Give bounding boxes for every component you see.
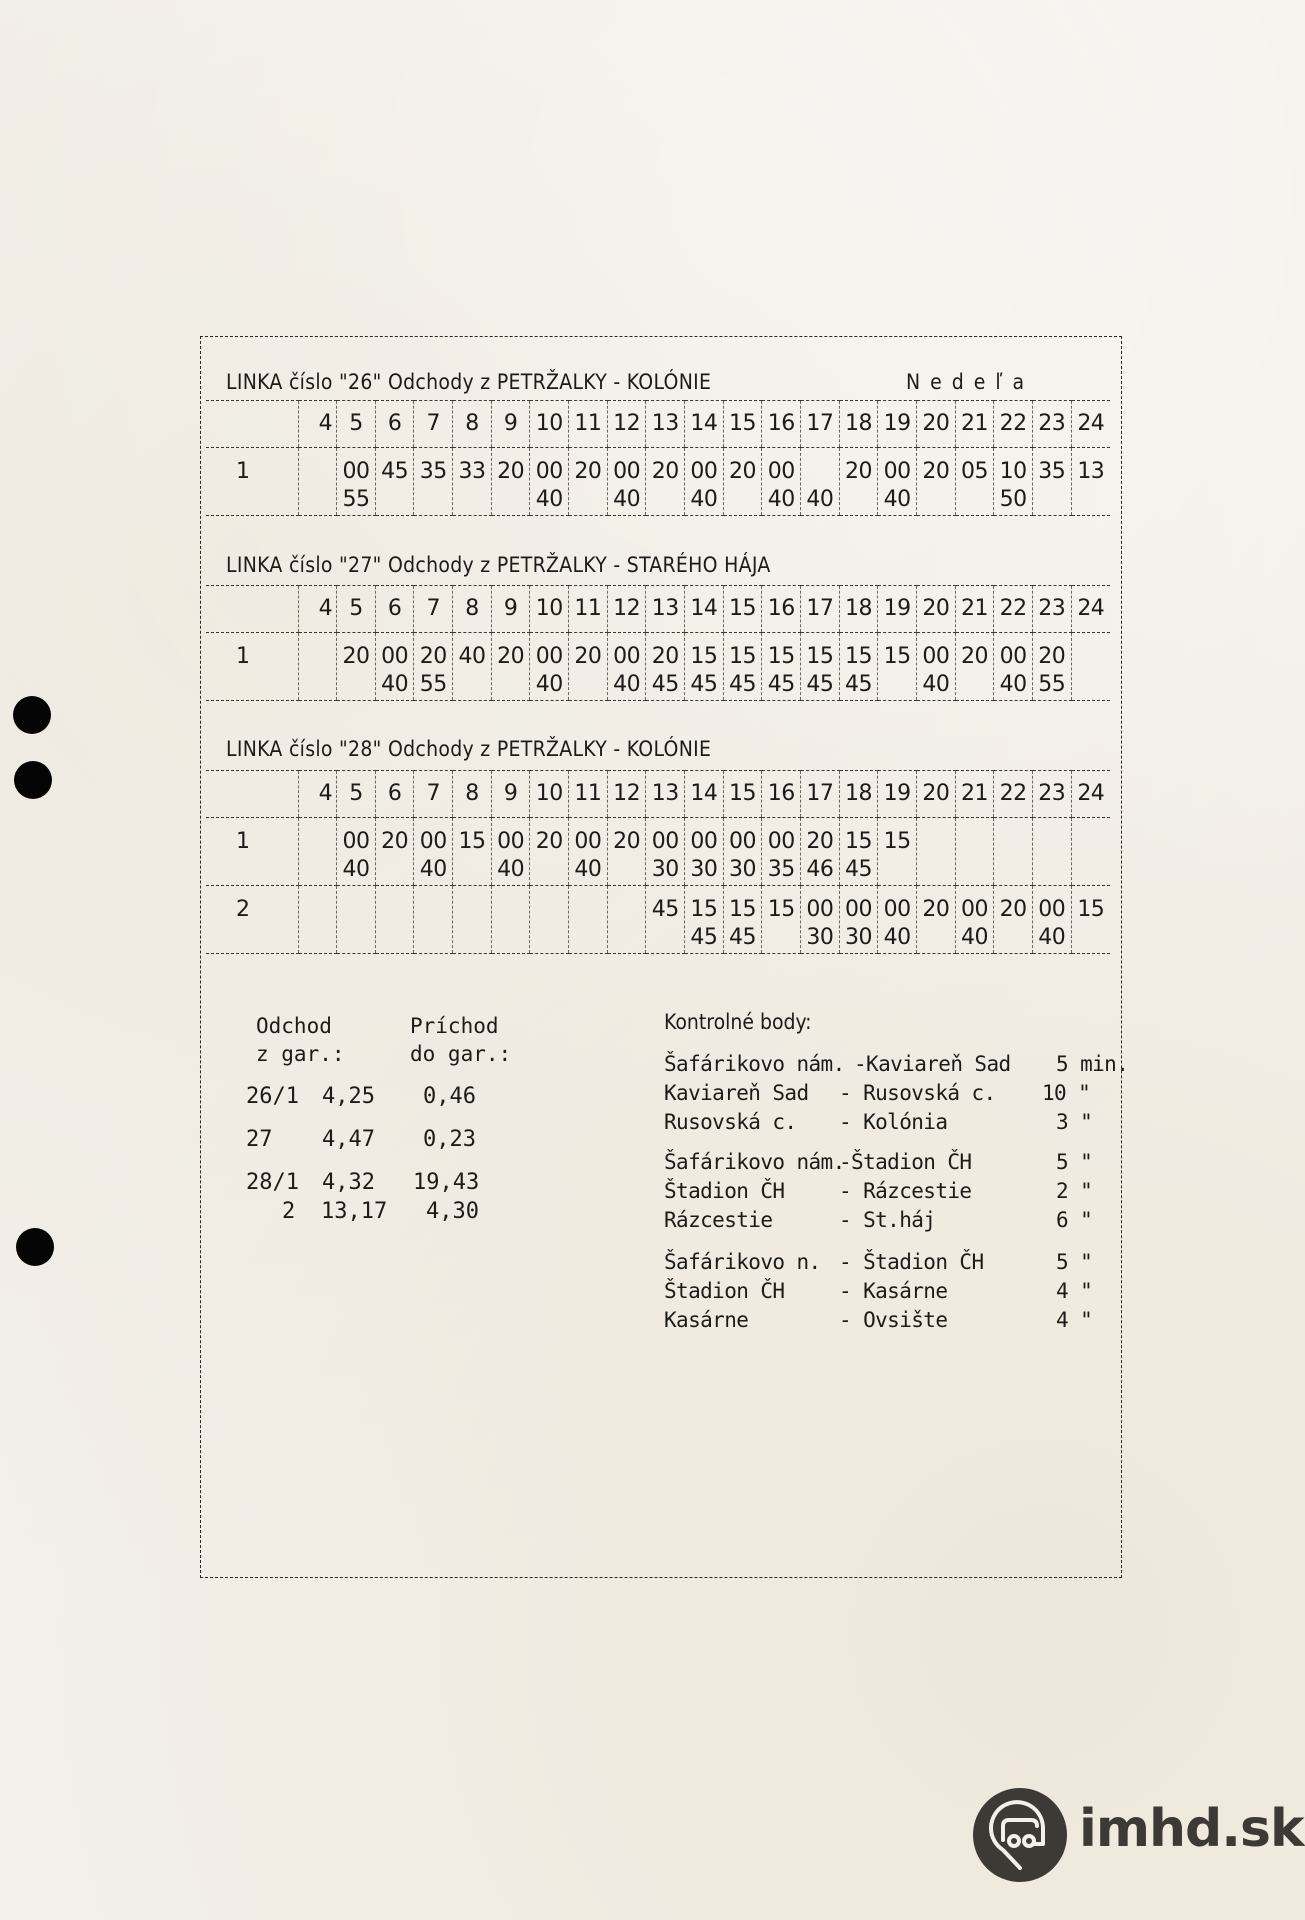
minutes-cell: 15: [878, 818, 917, 886]
depart-header: Odchod z gar.:: [256, 1012, 345, 1068]
minute-value: 20: [530, 828, 568, 856]
minute-value: 20: [646, 458, 684, 486]
hour-cell: 16: [762, 401, 801, 448]
arrive-header: Príchod do gar.:: [410, 1012, 511, 1068]
minutes-cell: 1545: [723, 633, 762, 701]
hour-cell: 18: [839, 401, 878, 448]
minutes-cell: 13: [1071, 448, 1110, 516]
minutes-cell: 0030: [723, 818, 762, 886]
minute-value: 45: [724, 924, 762, 952]
minutes-cell: 15: [878, 633, 917, 701]
minute-value: 20: [492, 643, 530, 671]
minutes-cell: [414, 886, 453, 954]
hour-header-row: 456789101112131415161718192021222324: [206, 401, 1110, 448]
hour-cell: 9: [491, 401, 530, 448]
imhd-logo: imhd.sk: [973, 1785, 1273, 1885]
minutes-cell: 20: [491, 633, 530, 701]
minute-value: 30: [646, 856, 684, 884]
minutes-cell: 0040: [337, 818, 376, 886]
minute-value: 00: [917, 643, 955, 671]
minutes-cell: [569, 886, 608, 954]
minute-value: 20: [840, 458, 878, 486]
garage-arrive: 0,46: [423, 1084, 476, 1109]
minutes-cell: 0040: [878, 448, 917, 516]
hour-cell: 16: [762, 586, 801, 633]
minutes-cell: [453, 886, 492, 954]
minutes-cell: 15: [762, 886, 801, 954]
minute-value: 00: [414, 828, 452, 856]
minute-value: 20: [956, 643, 994, 671]
minute-value: 45: [685, 671, 723, 699]
control-point-time: 5 ": [1056, 1250, 1092, 1274]
control-point-time: 2 ": [1056, 1179, 1092, 1203]
punch-hole: [16, 1228, 54, 1266]
minute-value: 00: [1033, 896, 1071, 924]
control-point-time: 4 ": [1056, 1308, 1092, 1332]
hour-cell: 17: [801, 771, 840, 818]
minutes-cell: [298, 633, 337, 701]
minute-value: 20: [569, 643, 607, 671]
minutes-cell: 0040: [762, 448, 801, 516]
hour-cell: 15: [723, 586, 762, 633]
minute-value: 00: [878, 458, 916, 486]
document-frame: [200, 336, 1122, 1578]
hour-cell: 23: [1032, 771, 1071, 818]
minute-value: 20: [994, 896, 1032, 924]
minute-value: 40: [608, 671, 646, 699]
minute-value: 45: [762, 671, 800, 699]
minute-value: 00: [956, 896, 994, 924]
minute-value: 45: [801, 671, 839, 699]
control-point-to: - Rázcestie: [839, 1179, 971, 1203]
minute-value: 30: [724, 856, 762, 884]
hour-cell: 23: [1032, 586, 1071, 633]
minutes-cell: 0040: [878, 886, 917, 954]
vehicle-number: 1: [206, 818, 298, 886]
control-point-from: Kasárne: [664, 1308, 748, 1332]
hour-cell: 16: [762, 771, 801, 818]
minutes-cell: [917, 818, 956, 886]
bus-pin-icon: [973, 1788, 1067, 1882]
hour-cell: 8: [453, 401, 492, 448]
minutes-cell: [1032, 818, 1071, 886]
minute-value: 10: [994, 458, 1032, 486]
minute-value: 40: [530, 486, 568, 514]
minute-value: 35: [414, 458, 452, 486]
minute-value: 40: [337, 856, 375, 884]
minutes-cell: 2046: [801, 818, 840, 886]
minute-value: 40: [878, 486, 916, 514]
minute-value: 05: [956, 458, 994, 486]
control-point-from: Šafárikovo nám.: [664, 1150, 845, 1174]
minute-value: 00: [569, 828, 607, 856]
minute-value: 20: [917, 896, 955, 924]
hour-cell: 19: [878, 401, 917, 448]
minute-value: 40: [608, 486, 646, 514]
timetable-26-title: LINKA číslo "26" Odchody z PETRŽALKY - K…: [226, 370, 711, 394]
hour-header-row: 456789101112131415161718192021222324: [206, 586, 1110, 633]
minute-value: 13: [1072, 458, 1110, 486]
control-point-to: - Štadion ČH: [839, 1250, 984, 1274]
minutes-cell: 0040: [955, 886, 994, 954]
hour-cell: 5: [337, 586, 376, 633]
minute-value: 00: [685, 828, 723, 856]
minutes-cell: 1545: [685, 633, 724, 701]
hour-cell: 12: [607, 771, 646, 818]
hour-cell: 21: [955, 401, 994, 448]
minute-value: 20: [646, 643, 684, 671]
corner-cell: [206, 586, 298, 633]
minute-value: 30: [840, 924, 878, 952]
minute-value: 46: [801, 856, 839, 884]
control-point-to: - Ovsište: [839, 1308, 947, 1332]
minutes-cell: 0040: [569, 818, 608, 886]
minutes-cell: [607, 886, 646, 954]
minutes-cell: [1071, 633, 1110, 701]
control-point-from: Štadion ČH: [664, 1279, 784, 1303]
minutes-cell: [298, 886, 337, 954]
hour-cell: 13: [646, 401, 685, 448]
minute-value: 15: [801, 643, 839, 671]
minute-value: 20: [337, 643, 375, 671]
minute-value: 15: [685, 896, 723, 924]
minutes-cell: 20: [569, 633, 608, 701]
hour-cell: 22: [994, 401, 1033, 448]
minutes-cell: 20: [607, 818, 646, 886]
timetable-27: 4567891011121314151617181920212223241200…: [206, 585, 1110, 701]
hour-cell: 19: [878, 586, 917, 633]
minute-value: 20: [801, 828, 839, 856]
hour-cell: 12: [607, 401, 646, 448]
minute-value: 40: [878, 924, 916, 952]
minute-value: 00: [762, 828, 800, 856]
minutes-cell: 0030: [801, 886, 840, 954]
minute-value: 15: [762, 896, 800, 924]
minutes-cell: 20: [569, 448, 608, 516]
hour-cell: 14: [685, 586, 724, 633]
minutes-cell: 20: [530, 818, 569, 886]
minutes-cell: 20: [646, 448, 685, 516]
minutes-cell: 0040: [491, 818, 530, 886]
minutes-cell: 1545: [723, 886, 762, 954]
punch-hole: [14, 761, 52, 799]
hour-cell: 4: [298, 771, 337, 818]
hour-cell: 5: [337, 771, 376, 818]
hour-cell: 9: [491, 586, 530, 633]
minute-value: 15: [878, 643, 916, 671]
hour-cell: 14: [685, 771, 724, 818]
control-point-time: 3 ": [1056, 1110, 1092, 1134]
control-point-time: 4 ": [1056, 1279, 1092, 1303]
minutes-cell: 35: [1032, 448, 1071, 516]
minutes-cell: 40: [801, 448, 840, 516]
minutes-cell: 0030: [685, 818, 724, 886]
imhd-logo-icon: [973, 1788, 1067, 1882]
minutes-cell: 1545: [801, 633, 840, 701]
minutes-cell: 20: [955, 633, 994, 701]
hour-cell: 6: [375, 771, 414, 818]
control-point-from: Šafárikovo n.: [664, 1250, 821, 1274]
arrive-header-line1: Príchod: [410, 1012, 511, 1040]
imhd-logo-text: imhd.sk: [1079, 1799, 1304, 1859]
minutes-cell: [298, 448, 337, 516]
minute-value: 20: [917, 458, 955, 486]
minutes-cell: 20: [839, 448, 878, 516]
garage-arrive: 19,43: [413, 1170, 479, 1195]
hour-cell: 20: [917, 586, 956, 633]
minute-value: 15: [453, 828, 491, 856]
minutes-cell: 0040: [1032, 886, 1071, 954]
corner-cell: [206, 401, 298, 448]
minutes-cell: [1071, 818, 1110, 886]
minute-value: 00: [801, 896, 839, 924]
minute-value: 40: [685, 486, 723, 514]
control-point-from: Rázcestie: [664, 1208, 772, 1232]
minutes-cell: 45: [646, 886, 685, 954]
hour-cell: 23: [1032, 401, 1071, 448]
hour-cell: 17: [801, 401, 840, 448]
punch-hole: [13, 696, 51, 734]
minutes-cell: 0040: [685, 448, 724, 516]
hour-cell: 24: [1071, 586, 1110, 633]
minute-value: 20: [492, 458, 530, 486]
vehicle-row: 245154515451500300030004020004020004015: [206, 886, 1110, 954]
minute-value: 40: [530, 671, 568, 699]
minute-value: 40: [956, 924, 994, 952]
hour-header-row: 456789101112131415161718192021222324: [206, 771, 1110, 818]
control-point-from: Štadion ČH: [664, 1179, 784, 1203]
minute-value: 00: [840, 896, 878, 924]
minute-value: 20: [569, 458, 607, 486]
minutes-cell: 1545: [685, 886, 724, 954]
minutes-cell: [994, 818, 1033, 886]
minutes-cell: 0040: [375, 633, 414, 701]
minutes-cell: [337, 886, 376, 954]
arrive-header-line2: do gar.:: [410, 1040, 511, 1068]
minute-value: 35: [762, 856, 800, 884]
hour-cell: 18: [839, 771, 878, 818]
minute-value: 00: [530, 643, 568, 671]
minute-value: 00: [608, 458, 646, 486]
minute-value: 20: [608, 828, 646, 856]
minutes-cell: 20: [375, 818, 414, 886]
minute-value: 00: [376, 643, 414, 671]
hour-cell: 15: [723, 771, 762, 818]
minutes-cell: 0040: [607, 448, 646, 516]
control-point-from: Šafárikovo nám.: [664, 1052, 845, 1076]
timetable-title-text: LINKA číslo "26" Odchody z PETRŽALKY - K…: [226, 370, 711, 394]
minutes-cell: 40: [453, 633, 492, 701]
control-point-to: - Kolónia: [839, 1110, 947, 1134]
minutes-cell: 15: [1071, 886, 1110, 954]
minute-value: 30: [685, 856, 723, 884]
timetable-title-text: LINKA číslo "28" Odchody z PETRŽALKY - K…: [226, 737, 711, 761]
minutes-cell: 1545: [839, 818, 878, 886]
hour-cell: 5: [337, 401, 376, 448]
garage-depart: 4,25: [322, 1084, 375, 1109]
control-points-title: Kontrolné body:: [664, 1010, 812, 1034]
minute-value: 00: [530, 458, 568, 486]
minute-value: 00: [878, 896, 916, 924]
minutes-cell: 45: [375, 448, 414, 516]
minute-value: 15: [1072, 896, 1110, 924]
minutes-cell: 20: [994, 886, 1033, 954]
minutes-cell: 35: [414, 448, 453, 516]
hour-cell: 7: [414, 401, 453, 448]
minute-value: 40: [917, 671, 955, 699]
minute-value: 40: [994, 671, 1032, 699]
minutes-cell: 20: [917, 448, 956, 516]
minute-value: 15: [685, 643, 723, 671]
minute-value: 00: [492, 828, 530, 856]
minute-value: [801, 458, 839, 486]
control-point-to: - St.háj: [839, 1208, 935, 1232]
hour-cell: 8: [453, 771, 492, 818]
hour-cell: 21: [955, 771, 994, 818]
hour-cell: 11: [569, 586, 608, 633]
hour-cell: 8: [453, 586, 492, 633]
minute-value: 00: [994, 643, 1032, 671]
minute-value: 45: [840, 856, 878, 884]
minute-value: 45: [685, 924, 723, 952]
minute-value: 45: [646, 671, 684, 699]
hour-cell: 24: [1071, 771, 1110, 818]
minute-value: 00: [685, 458, 723, 486]
hour-cell: 24: [1071, 401, 1110, 448]
minutes-cell: [530, 886, 569, 954]
timetable-title-text: LINKA číslo "27" Odchody z PETRŽALKY - S…: [226, 553, 771, 577]
hour-cell: 10: [530, 586, 569, 633]
hour-cell: 9: [491, 771, 530, 818]
hour-cell: 4: [298, 401, 337, 448]
vehicle-row: 1200040205540200040200040204515451545154…: [206, 633, 1110, 701]
minute-value: 20: [1033, 643, 1071, 671]
hour-cell: 13: [646, 586, 685, 633]
vehicle-number: 1: [206, 633, 298, 701]
hour-cell: 6: [375, 586, 414, 633]
minute-value: 50: [994, 486, 1032, 514]
vehicle-row: 1004020004015004020004020003000300030003…: [206, 818, 1110, 886]
hour-cell: 10: [530, 401, 569, 448]
hour-cell: 11: [569, 771, 608, 818]
control-point-time: 5 min.: [1056, 1052, 1128, 1076]
garage-arrive: 4,30: [426, 1199, 479, 1224]
hour-cell: 19: [878, 771, 917, 818]
minutes-cell: 15: [453, 818, 492, 886]
minute-value: 00: [337, 458, 375, 486]
hour-cell: 11: [569, 401, 608, 448]
minute-value: 40: [376, 671, 414, 699]
hour-cell: 13: [646, 771, 685, 818]
hour-cell: 12: [607, 586, 646, 633]
minute-value: 35: [1033, 458, 1071, 486]
minute-value: 00: [608, 643, 646, 671]
minutes-cell: 0040: [530, 448, 569, 516]
minutes-cell: 0030: [646, 818, 685, 886]
control-point-from: Kaviareň Sad: [664, 1081, 809, 1105]
garage-depart: 4,47: [322, 1127, 375, 1152]
control-point-to: - Rusovská c.: [839, 1081, 996, 1105]
minute-value: 40: [801, 486, 839, 514]
hour-cell: 17: [801, 586, 840, 633]
control-point-to: -Štadion ČH: [839, 1150, 971, 1174]
minute-value: 45: [724, 671, 762, 699]
minute-value: 15: [762, 643, 800, 671]
minute-value: 30: [801, 924, 839, 952]
hour-cell: 20: [917, 401, 956, 448]
minute-value: 15: [840, 643, 878, 671]
timetable-26: 4567891011121314151617181920212223241005…: [206, 400, 1110, 516]
hour-cell: 22: [994, 586, 1033, 633]
minutes-cell: 2055: [1032, 633, 1071, 701]
hour-cell: 7: [414, 771, 453, 818]
minute-value: 00: [337, 828, 375, 856]
minutes-cell: [375, 886, 414, 954]
hour-cell: 15: [723, 401, 762, 448]
control-point-time: 6 ": [1056, 1208, 1092, 1232]
garage-line: 2: [282, 1199, 295, 1224]
minutes-cell: 33: [453, 448, 492, 516]
minute-value: 40: [414, 856, 452, 884]
minute-value: 33: [453, 458, 491, 486]
control-point-time: 5 ": [1056, 1150, 1092, 1174]
garage-arrive: 0,23: [423, 1127, 476, 1152]
hour-cell: 4: [298, 586, 337, 633]
depart-header-line1: Odchod: [256, 1012, 345, 1040]
vehicle-number: 2: [206, 886, 298, 954]
minute-value: 55: [337, 486, 375, 514]
minutes-cell: 0040: [917, 633, 956, 701]
vehicle-number: 1: [206, 448, 298, 516]
minutes-cell: 1545: [762, 633, 801, 701]
minute-value: 00: [646, 828, 684, 856]
minutes-cell: 2045: [646, 633, 685, 701]
garage-line: 28/1: [246, 1170, 299, 1195]
timetable-28: 4567891011121314151617181920212223241004…: [206, 770, 1110, 954]
control-point-to: -Kaviareň Sad: [854, 1052, 1011, 1076]
minute-value: 45: [646, 896, 684, 924]
minutes-cell: 20: [917, 886, 956, 954]
minute-value: 15: [878, 828, 916, 856]
minute-value: 00: [724, 828, 762, 856]
minute-value: 40: [492, 856, 530, 884]
minute-value: 45: [840, 671, 878, 699]
hour-cell: 14: [685, 401, 724, 448]
minute-value: 20: [376, 828, 414, 856]
depart-header-line2: z gar.:: [256, 1040, 345, 1068]
day-label: Nedeľa: [906, 370, 1034, 394]
minute-value: 00: [762, 458, 800, 486]
garage-line: 27: [246, 1127, 273, 1152]
timetable-27-title: LINKA číslo "27" Odchody z PETRŽALKY - S…: [226, 553, 771, 577]
vehicle-row: 10055453533200040200040200040200040 4020…: [206, 448, 1110, 516]
hour-cell: 18: [839, 586, 878, 633]
hour-cell: 20: [917, 771, 956, 818]
minute-value: 40: [569, 856, 607, 884]
minutes-cell: 0035: [762, 818, 801, 886]
garage-line: 26/1: [246, 1084, 299, 1109]
minute-value: 15: [840, 828, 878, 856]
control-point-to: - Kasárne: [839, 1279, 947, 1303]
minutes-cell: [955, 818, 994, 886]
minute-value: 15: [724, 643, 762, 671]
minutes-cell: [298, 818, 337, 886]
minute-value: 20: [724, 458, 762, 486]
corner-cell: [206, 771, 298, 818]
hour-cell: 7: [414, 586, 453, 633]
minute-value: 55: [414, 671, 452, 699]
minutes-cell: 0030: [839, 886, 878, 954]
